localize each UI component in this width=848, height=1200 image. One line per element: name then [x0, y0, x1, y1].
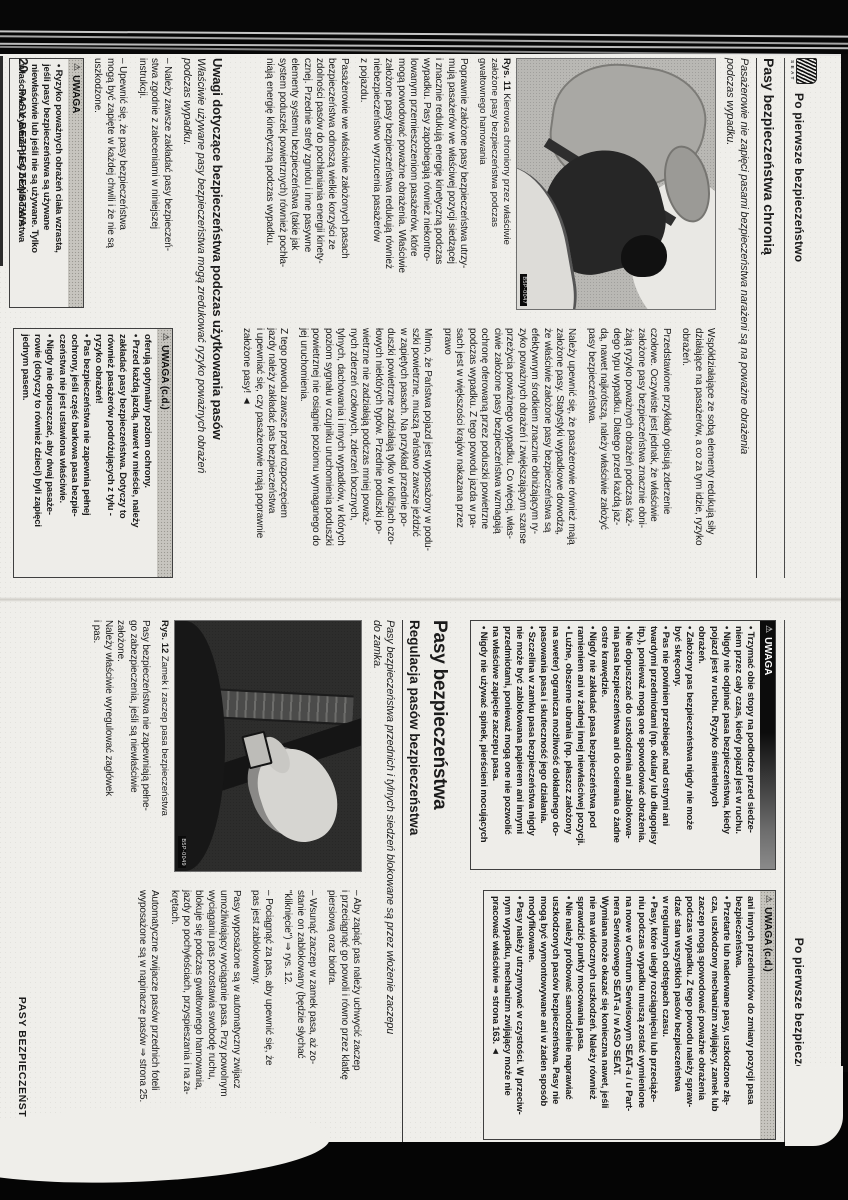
warning-box-title: UWAGA — [70, 75, 81, 113]
warning-box-header: ⚠ UWAGA — [760, 621, 775, 869]
manual-spread: SEAT Po pierwsze bezpieczeństwo Pasy bez… — [0, 0, 848, 1200]
page-gutter-shadow — [0, 597, 848, 602]
warning-box-header: ⚠ UWAGA (c.d.) — [157, 329, 172, 577]
page20-footer: 20 PASY BEZPIECZEŃSTWA — [16, 58, 31, 227]
warning-triangle-icon: ⚠ — [160, 333, 169, 341]
column-left: B5P-0049 Rys. 12 Zamek i zaczep pasa bez… — [82, 620, 362, 870]
scan-edge-sliver — [0, 56, 3, 266]
column-left: B5P-0047 Rys. 11 Kierowca chroniony prze… — [233, 58, 716, 308]
photo-reference-label: B5P-0049 — [178, 836, 186, 868]
warning-box-title: UWAGA (c.d.) — [159, 345, 170, 410]
warning-box-header: ⚠ UWAGA (c.d.) — [760, 891, 775, 1139]
figure-caption-text: Zamek i zaczep pasa bezpieczeństwa — [159, 656, 170, 816]
column-right: ⚠ UWAGA (c.d.) oferują optymalny poziom … — [3, 328, 172, 578]
column-right: ⚠ UWAGA (c.d.) ani innych przedmiotów do… — [464, 890, 776, 1140]
figure-number: Rys. 12 — [159, 620, 170, 653]
page-rounded-corner — [785, 1066, 843, 1146]
paragraph: Mimo, że Państwa pojazd jest wyposażony … — [297, 328, 434, 578]
warning-box: ⚠ UWAGA • Trzymać obie stopy na podłodze… — [470, 620, 776, 870]
columns-warnings: ⚠ UWAGA • Trzymać obie stopy na podłodze… — [464, 620, 776, 1142]
instruction-step: – Pociągnąć za pas, aby upewnić się, że … — [249, 890, 274, 1140]
seat-logo-wordmark: SEAT — [790, 60, 795, 82]
page-20: SEAT Po pierwsze bezpieczeństwo Pasy bez… — [0, 0, 848, 600]
section-title-large: Pasy bezpieczeństwa — [428, 620, 450, 1142]
chapter-title: Po pierwsze bezpieczeństwo — [790, 93, 806, 262]
warning-box-continued: ⚠ UWAGA (c.d.) ani innych przedmiotów do… — [483, 890, 776, 1140]
instruction-item: – Upewnić się, że pasy bezpieczeństwa mo… — [91, 58, 128, 308]
driver-head-shape — [621, 235, 667, 277]
subsection-title: Regulacja pasów bezpieczeństwa — [402, 620, 422, 1142]
figure-photo-rys12: B5P-0049 — [174, 620, 362, 872]
paragraph: Przedstawione przykłady opisują zderzeni… — [584, 328, 671, 578]
subsection-intro-italic: Właściwie używane pasy bezpieczeństwa mo… — [180, 58, 207, 578]
section-title: Pasy bezpieczeństwa chronią — [756, 58, 784, 578]
page21-header: Po pierwsze bezpieczeństwo SEAT — [784, 620, 820, 1142]
instruction-step: – Wsunąć zaczep w zamek pasa, aż zo- sta… — [281, 890, 318, 1140]
paragraph: Współdziałające ze sobą elementy redukuj… — [679, 328, 716, 578]
figure-caption-rys11: Rys. 11 Kierowca chroniony przez właściw… — [476, 58, 512, 308]
instruction-step: – Aby zapiąć pas należy uchwycić zaczep … — [325, 890, 362, 1140]
footer-chapter-label: PASY BEZPIECZEŃSTWA — [16, 88, 28, 227]
shadow-shape — [174, 621, 225, 871]
warning-box-header: ⚠ UWAGA — [68, 59, 83, 307]
seat-logo-mark — [796, 58, 817, 84]
warning-triangle-icon: ⚠ — [763, 625, 772, 633]
scan-border-right — [841, 54, 848, 1084]
paragraph: Pasażerowie we właściwie założonych pasa… — [263, 58, 350, 308]
warning-triangle-icon: ⚠ — [763, 895, 772, 903]
note-paragraph: Pasy bezpieczeństwa nie zapewniają pełne… — [89, 620, 151, 870]
warning-box-text: oferują optymalny poziom ochrony. • Prze… — [14, 329, 157, 577]
section-intro-italic: Pasażerowie nie zapięci pasami bezpiecze… — [723, 58, 750, 578]
subsection-heading: Uwagi dotyczące bezpieczeństwa podczas u… — [210, 58, 225, 578]
columns-body: B5P-0049 Rys. 12 Zamek i zaczep pasa bez… — [82, 620, 362, 1142]
warning-triangle-icon: ⚠ — [71, 63, 80, 71]
warning-box-text: ani innych przedmiotów do zmiany pozycji… — [484, 891, 760, 1139]
page20-header: SEAT Po pierwsze bezpieczeństwo — [784, 58, 820, 578]
columns-top: B5P-0047 Rys. 11 Kierowca chroniony prze… — [233, 58, 716, 578]
seat-logo-icon: SEAT — [790, 58, 817, 84]
column-right: – Aby zapiąć pas należy uchwycić zaczep … — [82, 890, 362, 1140]
paragraph: Należy upewnić się, że pasażerowie równi… — [440, 328, 577, 578]
scanned-document-viewport: SEAT Po pierwsze bezpieczeństwo Pasy bez… — [0, 0, 848, 1200]
scan-border-top — [0, 0, 848, 54]
column-left: ⚠ UWAGA • Trzymać obie stopy na podłodze… — [464, 620, 776, 870]
warning-box-text: • Trzymać obie stopy na podłodze przed s… — [471, 621, 760, 869]
paragraph: Automatyczne zwijacze pasów przednich fo… — [135, 890, 160, 1140]
warning-box-title: UWAGA — [762, 637, 773, 675]
page-number: 20 — [16, 58, 31, 72]
figure-caption-rys12: Rys. 12 Zamek i zaczep pasa bezpieczeńst… — [158, 620, 170, 870]
paragraph: Poprawnie założone pasy bezpieczeństwa u… — [357, 58, 469, 308]
warning-box-title: UWAGA (c.d.) — [762, 907, 773, 972]
figure-number: Rys. 11 — [501, 58, 512, 91]
warning-box-continued: ⚠ UWAGA (c.d.) oferują optymalny poziom … — [13, 328, 173, 578]
photo-reference-label: B5P-0047 — [520, 274, 528, 306]
instruction-item: – Należy zawsze zakładać pasy bezpieczeń… — [135, 58, 172, 308]
figure-photo-rys11: B5P-0047 — [516, 58, 716, 310]
paragraph: Pasy wyposażone są w automatyczny zwijac… — [167, 890, 242, 1140]
subsection-intro-italic: Pasy bezpieczeństwa przednich i tylnych … — [369, 620, 396, 1142]
column-right: Współdziałające ze sobą elementy redukuj… — [233, 328, 716, 578]
paragraph: Z tego powodu zawsze przed rozpoczęciem … — [240, 328, 290, 578]
footer-chapter-label: PASY BEZPIECZEŃSTWA — [16, 997, 28, 1136]
